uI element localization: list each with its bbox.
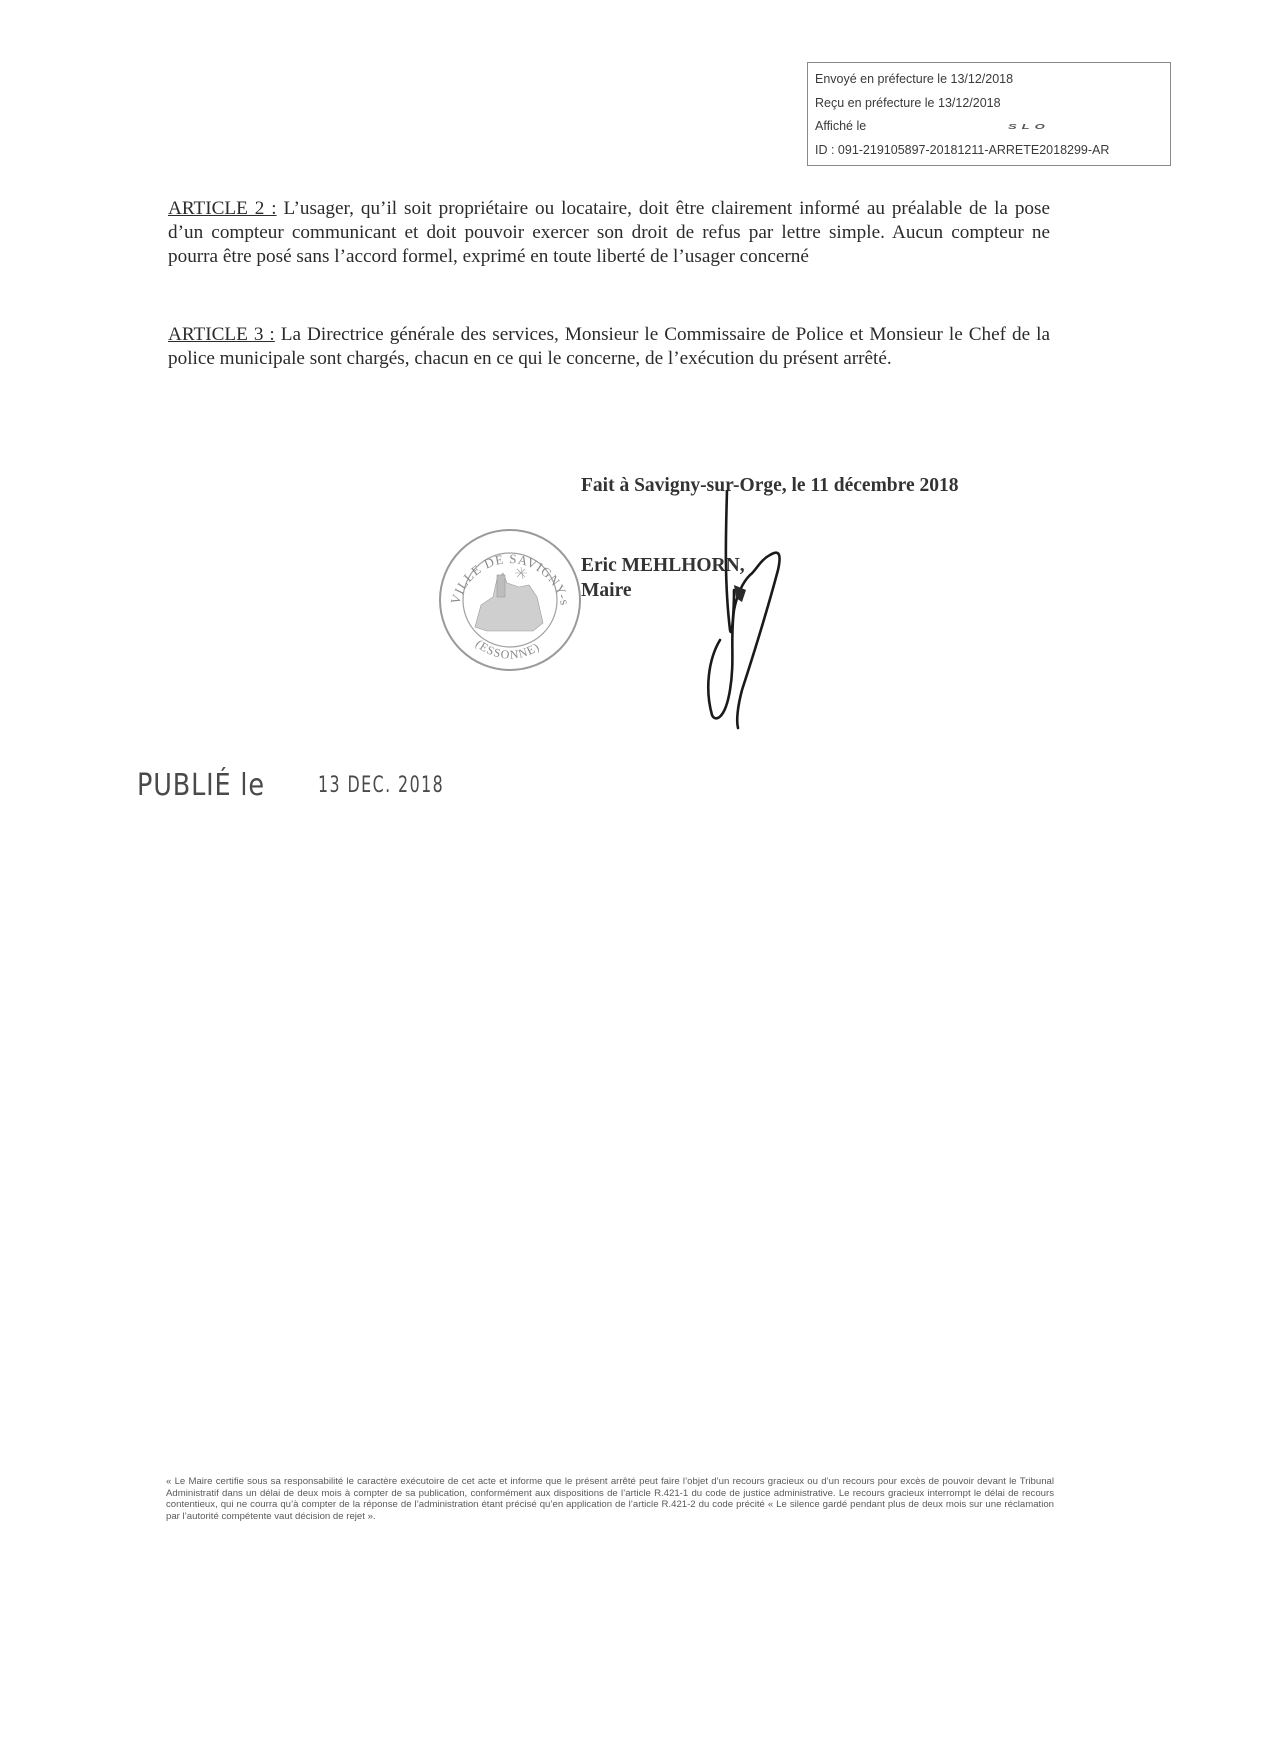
- seal-text-bottom: (ESSONNE): [473, 637, 542, 662]
- article-2-text: L’usager, qu’il soit propriétaire ou loc…: [168, 198, 1050, 267]
- stamp-posted-label: Affiché le: [815, 119, 866, 133]
- article-3-label: ARTICLE 3 :: [168, 324, 275, 345]
- stamp-sent-date: Envoyé en préfecture le 13/12/2018: [815, 68, 1170, 92]
- stamp-received-date: Reçu en préfecture le 13/12/2018: [815, 92, 1170, 116]
- publication-stamp-label: PUBLIÉ le: [137, 768, 265, 803]
- prefecture-stamp: Envoyé en préfecture le 13/12/2018 Reçu …: [807, 62, 1171, 166]
- stamp-id: ID : 091-219105897-20181211-ARRETE201829…: [815, 139, 1170, 163]
- article-2: ARTICLE 2 : L’usager, qu’il soit proprié…: [168, 197, 1050, 269]
- stamp-posted-mark: SLO: [1008, 120, 1050, 133]
- legal-notice: « Le Maire certifie sous sa responsabili…: [166, 1476, 1054, 1522]
- article-3: ARTICLE 3 : La Directrice générale des s…: [168, 323, 1050, 371]
- article-2-label: ARTICLE 2 :: [168, 198, 277, 219]
- svg-text:(ESSONNE): (ESSONNE): [473, 637, 542, 662]
- city-seal-icon: VILLE DE SAVIGNY-sur-ORGE (ESSONNE): [437, 527, 583, 673]
- article-3-text: La Directrice générale des services, Mon…: [168, 324, 1050, 369]
- publication-stamp-date: 13 DEC. 2018: [318, 773, 444, 798]
- handwritten-signature-icon: [690, 490, 800, 730]
- stamp-posted: Affiché le SLO: [815, 115, 1170, 139]
